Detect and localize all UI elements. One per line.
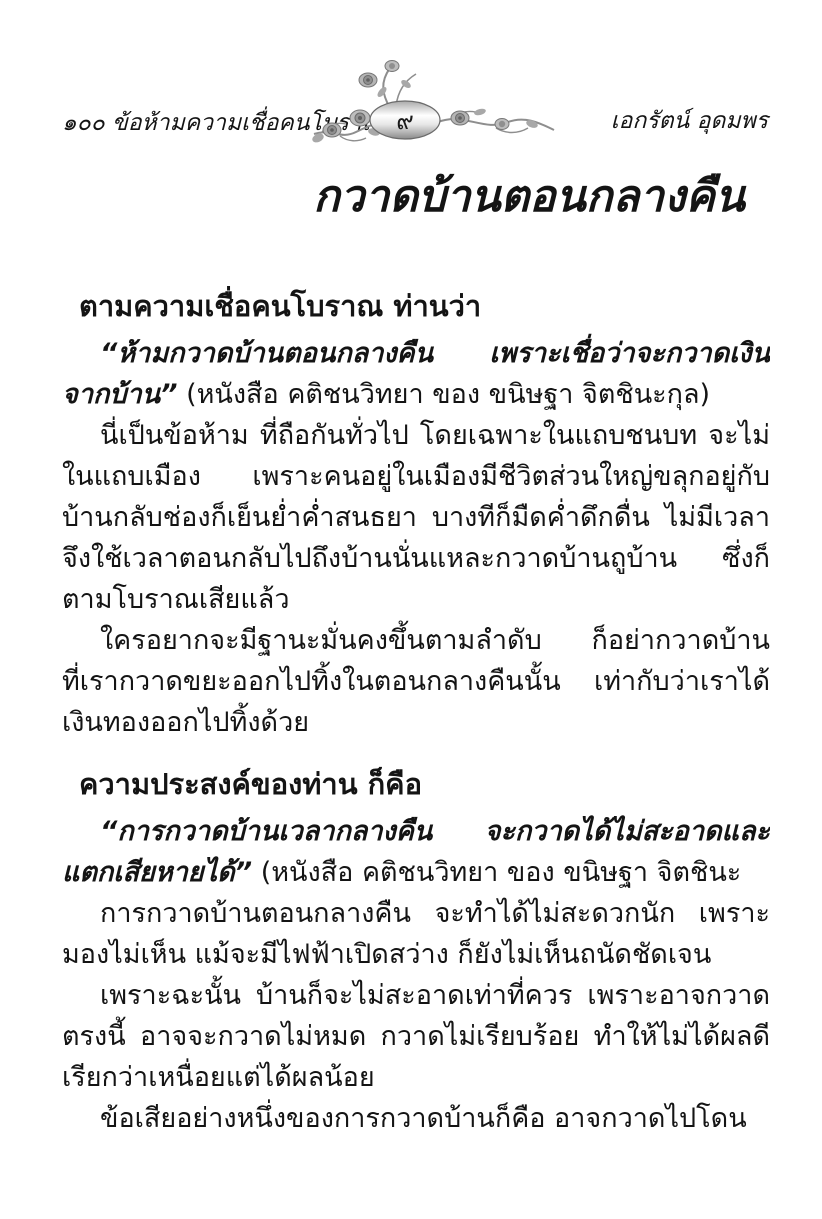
quote-line: จากบ้าน” (หนังสือ คติชนวิทยา ของ ขนิษฐา … [62,374,770,415]
body-line: การกวาดบ้านตอนกลางคืน จะทำได้ไม่สะดวกนัก… [62,893,770,934]
body-line: มองไม่เห็น แม้จะมีไฟฟ้าเปิดสว่าง ก็ยังไม… [62,934,770,975]
body-line: เงินทองออกไปทิ้งด้วย [62,702,770,743]
body-line: เรียกว่าเหนื่อยแต่ได้ผลน้อย [62,1057,770,1098]
quote-text: แตกเสียหายได้” [62,857,252,888]
body-line: เพราะฉะนั้น บ้านก็จะไม่สะอาดเท่าที่ควร เ… [62,975,770,1016]
section-1-heading: ตามความเชื่อคนโบราณ ท่านว่า [79,286,770,327]
quote-line: แตกเสียหายได้” (หนังสือ คติชนวิทยา ของ ข… [62,852,770,893]
body-text: ตามความเชื่อคนโบราณ ท่านว่า “ห้ามกวาดบ้า… [62,0,770,1139]
body-line: จึงใช้เวลาตอนกลับไปถึงบ้านนั่นแหละกวาดบ้… [62,538,770,579]
quote-line: “ห้ามกวาดบ้านตอนกลางคืน เพราะเชื่อว่าจะก… [62,333,770,374]
body-line: ตรงนี้ อาจจะกวาดไม่หมด กวาดไม่เรียบร้อย … [62,1016,770,1057]
body-line: ในแถบเมือง เพราะคนอยู่ในเมืองมีชีวิตส่วน… [62,456,770,497]
body-line: ข้อเสียอย่างหนึ่งของการกวาดบ้านก็คือ อาจ… [62,1098,770,1139]
quote-text: “ห้ามกวาดบ้านตอนกลางคืน เพราะเชื่อว่าจะก… [62,338,770,374]
body-line: นี่เป็นข้อห้าม ที่ถือกันทั่วไป โดยเฉพาะใ… [62,415,770,456]
quote-text: “การกวาดบ้านเวลากลางคืน จะกวาดได้ไม่สะอา… [62,816,770,852]
quote-source: (หนังสือ คติชนวิทยา ของ ขนิษฐา จิตชินะกุ… [186,379,710,410]
section-2-heading: ความประสงค์ของท่าน ก็คือ [79,764,770,805]
body-line: ตามโบราณเสียแล้ว [62,579,770,620]
body-line: บ้านกลับช่องก็เย็นย่ำค่ำสนธยา บางทีก็มืด… [62,497,770,538]
quote-line: “การกวาดบ้านเวลากลางคืน จะกวาดได้ไม่สะอา… [62,811,770,852]
book-page: ๑๐๐ ข้อห้ามความเชื่อคนโบราณ เอกรัตน์ อุด… [0,0,822,1219]
body-line: ใครอยากจะมีฐานะมั่นคงขึ้นตามลำดับ ก็อย่า… [62,620,770,661]
body-line: ที่เรากวาดขยะออกไปทิ้งในตอนกลางคืนนั้น เ… [62,661,770,702]
quote-text: จากบ้าน” [62,379,177,410]
